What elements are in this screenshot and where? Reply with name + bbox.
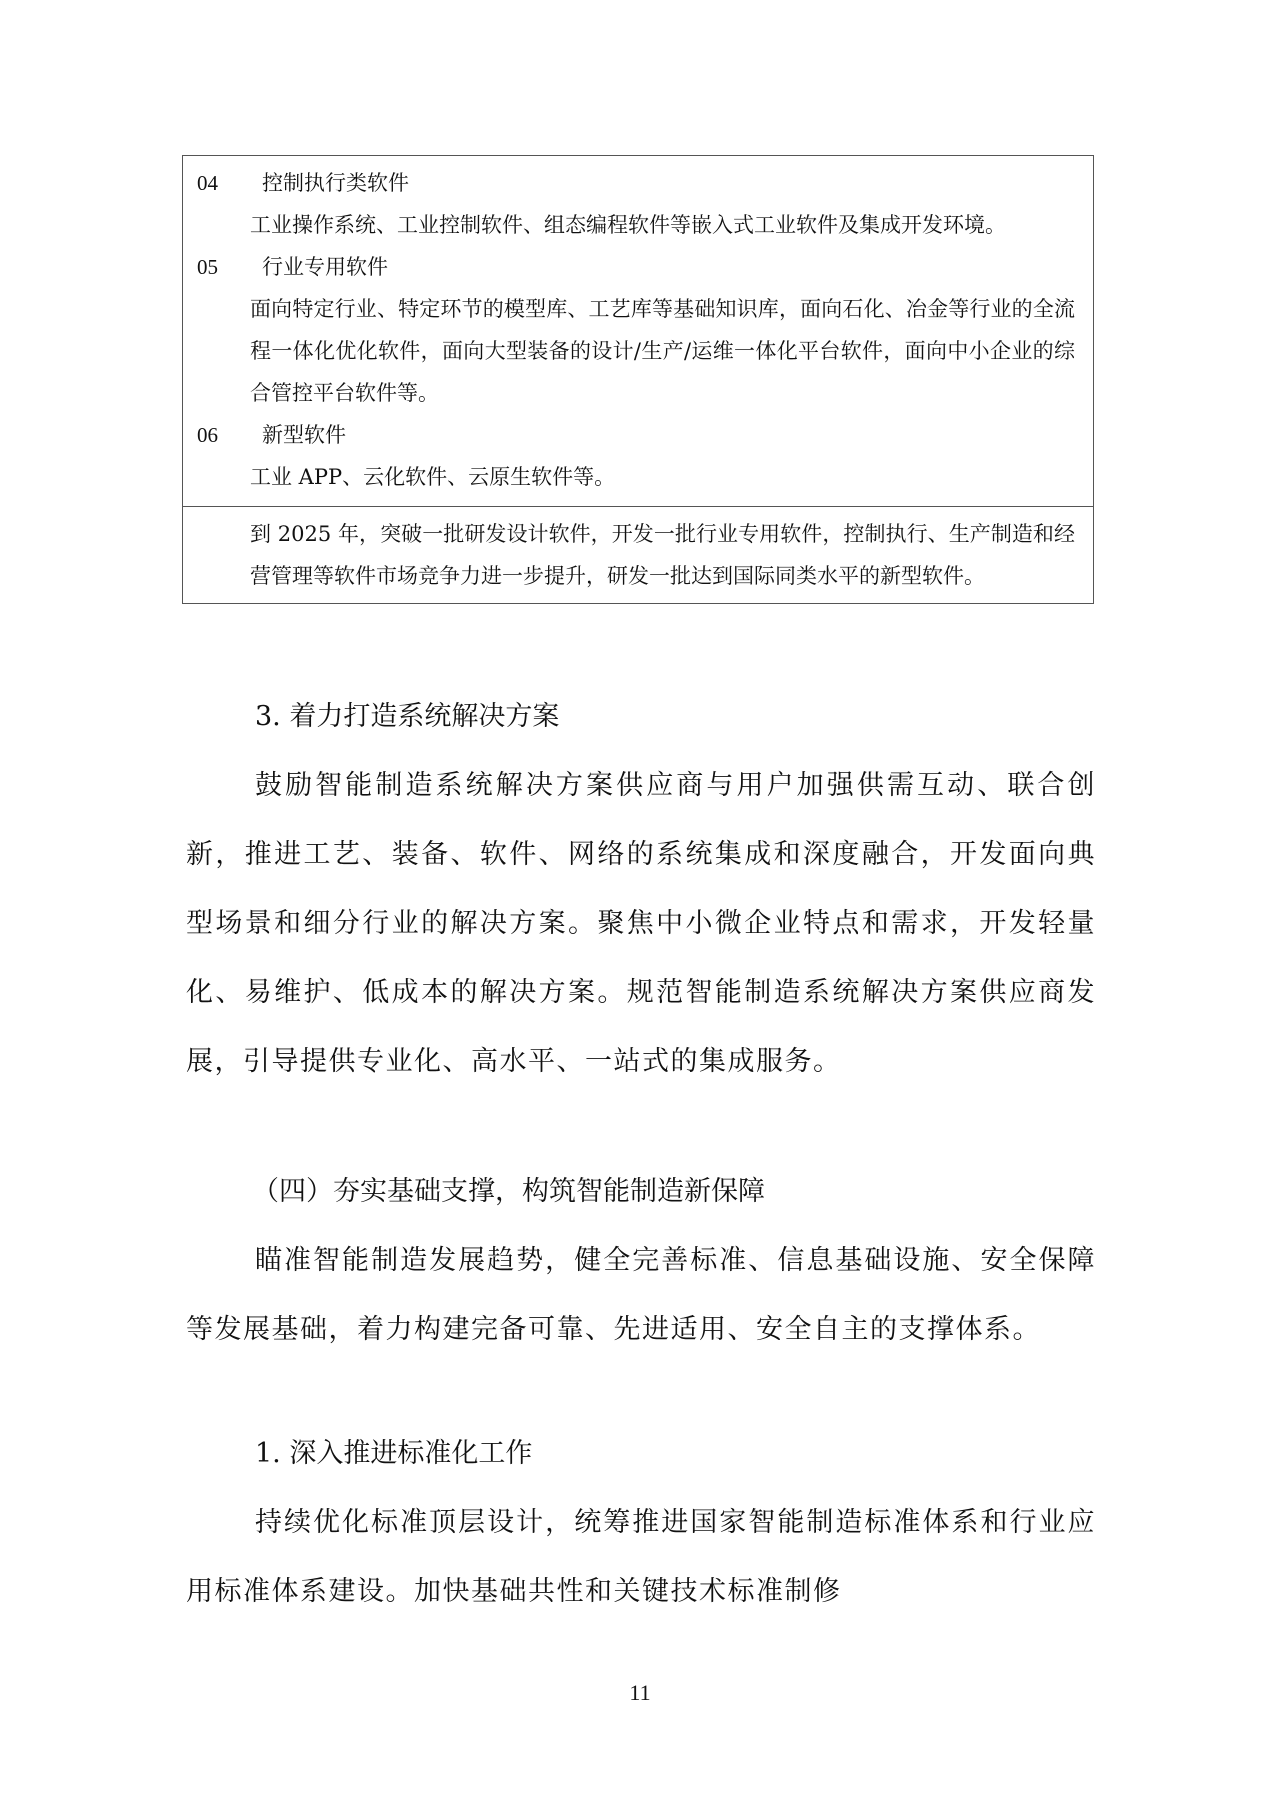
paragraph-solutions: 鼓励智能制造系统解决方案供应商与用户加强供需互动、联合创新，推进工艺、装备、软件… (186, 751, 1096, 1096)
section-heading-1: 1. 深入推进标准化工作 (255, 1434, 532, 1474)
target-text: 到 2025 年，突破一批研发设计软件，开发一批行业专用软件，控制执行、生产制造… (183, 513, 1093, 597)
category-number: 05 (183, 246, 262, 288)
category-title: 新型软件 (262, 414, 346, 456)
category-item-04: 04 控制执行类软件 工业操作系统、工业控制软件、组态编程软件等嵌入式工业软件及… (183, 162, 1093, 246)
category-description: 工业操作系统、工业控制软件、组态编程软件等嵌入式工业软件及集成开发环境。 (183, 204, 1093, 246)
paragraph-foundation: 瞄准智能制造发展趋势，健全完善标准、信息基础设施、安全保障等发展基础，着力构建完… (186, 1226, 1096, 1364)
category-item-06: 06 新型软件 工业 APP、云化软件、云原生软件等。 (183, 414, 1093, 498)
page-number: 11 (0, 1680, 1280, 1706)
paragraph-standards: 持续优化标准顶层设计，统筹推进国家智能制造标准体系和行业应用标准体系建设。加快基… (186, 1488, 1096, 1626)
category-title: 行业专用软件 (262, 246, 388, 288)
software-table: 04 控制执行类软件 工业操作系统、工业控制软件、组态编程软件等嵌入式工业软件及… (182, 155, 1094, 604)
category-number: 04 (183, 162, 262, 204)
category-number: 06 (183, 414, 262, 456)
software-categories: 04 控制执行类软件 工业操作系统、工业控制软件、组态编程软件等嵌入式工业软件及… (183, 156, 1093, 507)
section-heading-4: （四）夯实基础支撑，构筑智能制造新保障 (252, 1172, 765, 1212)
category-title: 控制执行类软件 (262, 162, 409, 204)
category-description: 工业 APP、云化软件、云原生软件等。 (183, 456, 1093, 498)
category-item-05: 05 行业专用软件 面向特定行业、特定环节的模型库、工艺库等基础知识库，面向石化… (183, 246, 1093, 414)
section-heading-3: 3. 着力打造系统解决方案 (255, 697, 559, 737)
category-description: 面向特定行业、特定环节的模型库、工艺库等基础知识库，面向石化、冶金等行业的全流程… (183, 288, 1093, 414)
target-section: 到 2025 年，突破一批研发设计软件，开发一批行业专用软件，控制执行、生产制造… (183, 507, 1093, 603)
